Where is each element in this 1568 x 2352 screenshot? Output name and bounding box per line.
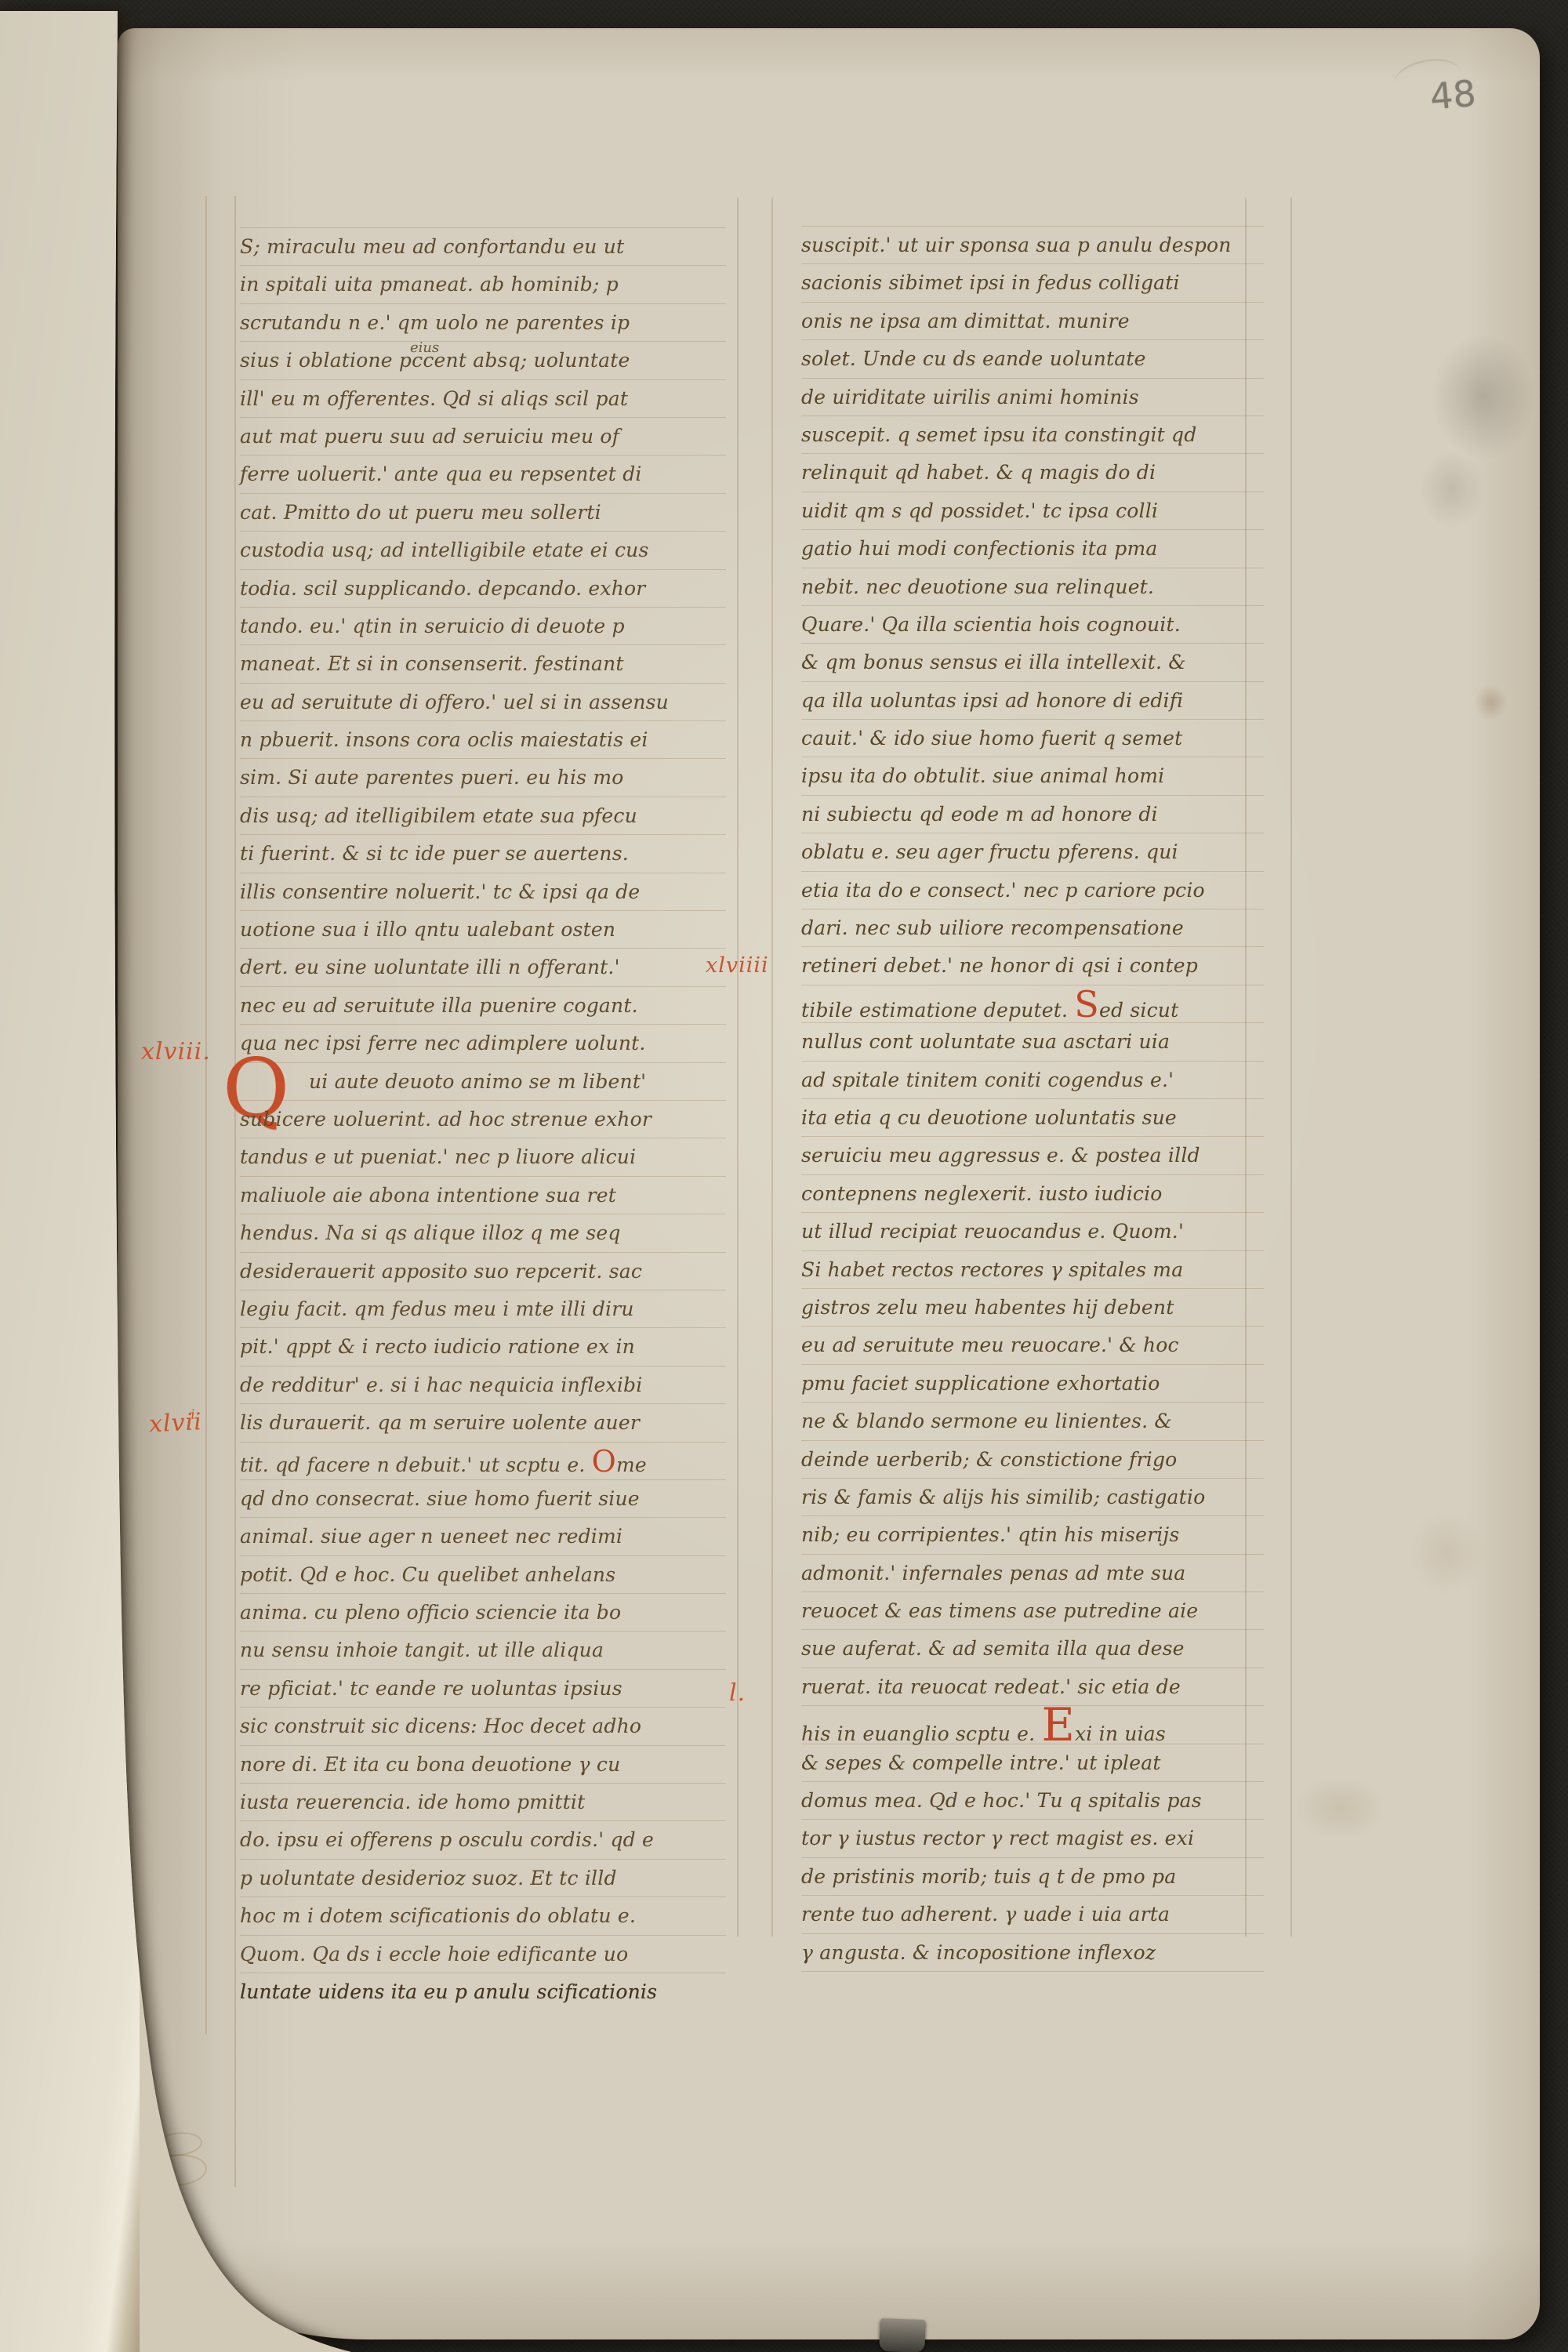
manuscript-line: suscipit.' ut uir sponsa sua p anulu des… <box>801 227 1264 264</box>
ruling-line <box>205 196 207 2034</box>
manuscript-line: ris & famis & alijs his similib; castiga… <box>801 1479 1264 1516</box>
interlinear-gloss: eius <box>410 329 439 367</box>
manuscript-line: solet. Unde cu ds eande uoluntate <box>801 340 1264 378</box>
manuscript-line: subicere uoluerint. ad hoc strenue exhor <box>240 1101 726 1138</box>
folio-number-pencil: 48 <box>1428 72 1478 118</box>
manuscript-line: sim. Si aute parentes pueri. eu his mo <box>240 759 726 797</box>
manuscript-line: cat. Pmitto do ut pueru meu sollerti <box>240 494 726 532</box>
manuscript-line: dert. eu sine uoluntate illi n offerant.… <box>240 949 726 986</box>
manuscript-line: his in euanglio scptu e. Exi in uias <box>801 1706 1264 1744</box>
manuscript-line: eu ad seruitute di offero.' uel si in as… <box>240 684 726 721</box>
manuscript-line: onis ne ipsa am dimittat. munire <box>801 303 1264 340</box>
ruling-line <box>234 196 236 2187</box>
text-column-right: suscipit.' ut uir sponsa sua p anulu des… <box>801 226 1264 1972</box>
manuscript-line: ti fuerint. & si tc ide puer se auertens… <box>240 835 726 873</box>
manuscript-line: cauit.' & ido siue homo fuerit q semet <box>801 720 1264 757</box>
manuscript-line: sius i oblatione pccent absq; uoluntatee… <box>240 342 726 379</box>
manuscript-line: nec eu ad seruitute illa puenire cogant. <box>240 987 726 1025</box>
bookmark-tab <box>879 2318 925 2352</box>
photo-background: 48 S; miraculu meu ad confortandu eu uti… <box>0 0 1568 2352</box>
manuscript-line: tibile estimatione deputet. Sed sicut <box>801 985 1264 1023</box>
manuscript-line: ruerat. ita reuocat redeat.' sic etia de <box>801 1668 1264 1706</box>
manuscript-line: etia ita do e consect.' nec p cariore pc… <box>801 872 1264 909</box>
manuscript-line: uidit qm s qd possidet.' tc ipsa colli <box>801 492 1264 530</box>
manuscript-line: contepnens neglexerit. iusto iudicio <box>801 1175 1264 1213</box>
manuscript-line: luntate uidens ita eu p anulu scificatio… <box>240 1973 726 2010</box>
manuscript-line: ipsu ita do obtulit. siue animal homi <box>801 757 1264 795</box>
manuscript-line: deinde uerberib; & constictione frigo <box>801 1441 1264 1479</box>
manuscript-line: scrutandu n e.' qm uolo ne parentes ip <box>240 304 726 342</box>
pen-trial-mark <box>148 2152 209 2187</box>
manuscript-line: custodia usq; ad intelligibile etate ei … <box>240 532 726 569</box>
chapter-number-xlviiii: xlviiii <box>706 953 769 978</box>
manuscript-line: qa illa uoluntas ipsi ad honore di edifi <box>801 682 1264 720</box>
red-initial-s-icon: S <box>1074 983 1099 1025</box>
manuscript-line: todia. scil supplicando. depcando. exhor <box>240 570 726 608</box>
manuscript-line: iusta reuerencia. ide homo pmittit <box>240 1784 726 1821</box>
manuscript-line: & qm bonus sensus ei illa intellexit. & <box>801 644 1264 681</box>
manuscript-line: rente tuo adherent. γ uade i uia arta <box>801 1896 1264 1933</box>
manuscript-line: nu sensu inhoie tangit. ut ille aliqua <box>240 1632 726 1669</box>
manuscript-line: nebit. nec deuotione sua relinquet. <box>801 568 1264 606</box>
manuscript-line: eu ad seruitute meu reuocare.' & hoc <box>801 1327 1264 1364</box>
manuscript-line: & sepes & compelle intre.' ut ipleat <box>801 1744 1264 1782</box>
manuscript-line: Quare.' Qa illa scientia hois cognouit. <box>801 606 1264 644</box>
manuscript-line: lis durauerit. qa m seruire uolente auer <box>240 1404 726 1442</box>
manuscript-line: reuocet & eas timens ase putredine aie <box>801 1592 1264 1630</box>
manuscript-line: n pbuerit. insons cora oclis maiestatis … <box>240 721 726 759</box>
ruling-line <box>771 198 773 1936</box>
text-column-left: S; miraculu meu ad confortandu eu utin s… <box>240 227 726 2010</box>
manuscript-line: nullus cont uoluntate sua asctari uia <box>801 1023 1264 1061</box>
manuscript-line: sue auferat. & ad semita illa qua dese <box>801 1630 1264 1668</box>
manuscript-line: de pristinis morib; tuis q t de pmo pa <box>801 1858 1264 1896</box>
manuscript-line: relinquit qd habet. & q magis do di <box>801 454 1264 492</box>
manuscript-line: aut mat pueru suu ad seruiciu meu of <box>240 418 726 456</box>
manuscript-line: domus mea. Qd e hoc.' Tu q spitalis pas <box>801 1782 1264 1820</box>
manuscript-line: sacionis sibimet ipsi in fedus colligati <box>801 264 1264 302</box>
manuscript-line: maliuole aie abona intentione sua ret <box>240 1177 726 1214</box>
manuscript-line: nore di. Et ita cu bona deuotione γ cu <box>240 1746 726 1784</box>
manuscript-line: ad spitale tinitem coniti cogendus e.' <box>801 1062 1264 1099</box>
manuscript-line: legiu facit. qm fedus meu i mte illi dir… <box>240 1290 726 1328</box>
manuscript-line: ni subiectu qd eode m ad honore di <box>801 796 1264 833</box>
manuscript-line: seruiciu meu aggressus e. & postea illd <box>801 1137 1264 1174</box>
manuscript-line: oblatu e. seu ager fructu pferens. qui <box>801 833 1264 871</box>
manuscript-page: 48 S; miraculu meu ad confortandu eu uti… <box>118 28 1540 2339</box>
manuscript-line: pmu faciet supplicatione exhortatio <box>801 1365 1264 1403</box>
manuscript-line: tit. qd facere n debuit.' ut scptu e. Om… <box>240 1443 726 1480</box>
manuscript-line: tor γ iustus rector γ rect magist es. ex… <box>801 1820 1264 1857</box>
manuscript-line: ne & blando sermone eu linientes. & <box>801 1403 1264 1440</box>
manuscript-line: gistros zelu meu habentes hij debent <box>801 1289 1264 1327</box>
chapter-number-xlvii: xlviii <box>148 1406 197 1438</box>
manuscript-line: dari. nec sub uiliore recompensatione <box>801 909 1264 947</box>
manuscript-line: admonit.' infernales penas ad mte sua <box>801 1555 1264 1592</box>
manuscript-line: de uiriditate uirilis animi hominis <box>801 379 1264 416</box>
manuscript-line: p uoluntate desiderioz suoz. Et tc illd <box>240 1860 726 1897</box>
manuscript-line: maneat. Et si in consenserit. festinant <box>240 645 726 683</box>
manuscript-line: qd dno consecrat. siue homo fuerit siue <box>240 1480 726 1518</box>
manuscript-line: ill' eu m offerentes. Qd si aliqs scil p… <box>240 380 726 418</box>
manuscript-line: pit.' qppt & i recto iudicio ratione ex … <box>240 1328 726 1366</box>
manuscript-line: ita etia q cu deuotione uoluntatis sue <box>801 1099 1264 1137</box>
manuscript-line: Quom. Qa ds i eccle hoie edificante uo <box>240 1936 726 1973</box>
chapter-number-l: l. <box>729 1679 746 1707</box>
manuscript-line: retineri debet.' ne honor di qsi i conte… <box>801 947 1264 985</box>
manuscript-line: desiderauerit apposito suo repcerit. sac <box>240 1253 726 1290</box>
manuscript-line: do. ipsu ei offerens p osculu cordis.' q… <box>240 1821 726 1859</box>
manuscript-line: S; miraculu meu ad confortandu eu ut <box>240 228 726 266</box>
manuscript-line: de redditur' e. si i hac nequicia inflex… <box>240 1367 726 1404</box>
manuscript-line: animal. siue ager n ueneet nec redimi <box>240 1518 726 1555</box>
manuscript-line: potit. Qd e hoc. Cu quelibet anhelans <box>240 1556 726 1594</box>
manuscript-line: Si habet rectos rectores γ spitales ma <box>801 1251 1264 1289</box>
manuscript-line: dis usq; ad itelligibilem etate sua pfec… <box>240 797 726 835</box>
manuscript-line: tandus e ut pueniat.' nec p liuore alicu… <box>240 1138 726 1176</box>
manuscript-line: sic construit sic dicens: Hoc decet adho <box>240 1708 726 1745</box>
manuscript-line: tando. eu.' qtin in seruicio di deuote p <box>240 608 726 645</box>
manuscript-line: re pficiat.' tc eande re uoluntas ipsius <box>240 1670 726 1708</box>
chapter-number-xlviii: xlviii. <box>141 1038 211 1065</box>
manuscript-line: ut illud recipiat reuocandus e. Quom.' <box>801 1213 1264 1250</box>
manuscript-line: γ angusta. & incopositione inflexoz <box>801 1934 1264 1972</box>
manuscript-line: ferre uoluerit.' ante qua eu repsentet d… <box>240 456 726 493</box>
manuscript-line: hoc m i dotem scificationis do oblatu e. <box>240 1897 726 1935</box>
manuscript-line: hendus. Na si qs alique illoz q me seq <box>240 1214 726 1252</box>
ruling-line <box>737 198 739 1936</box>
ruling-line <box>1290 198 1292 1936</box>
manuscript-line: gatio hui modi confectionis ita pma <box>801 530 1264 568</box>
manuscript-line: illis consentire noluerit.' tc & ipsi qa… <box>240 873 726 911</box>
manuscript-line: qua nec ipsi ferre nec adimplere uolunt. <box>240 1025 726 1062</box>
manuscript-line: nib; eu corripientes.' qtin his miserijs <box>801 1516 1264 1554</box>
manuscript-line: in spitali uita pmaneat. ab hominib; p <box>240 266 726 303</box>
red-initial-o-icon: O <box>592 1444 616 1479</box>
manuscript-line: anima. cu pleno officio sciencie ita bo <box>240 1594 726 1632</box>
manuscript-line: uotione sua i illo qntu ualebant osten <box>240 911 726 949</box>
manuscript-line: Qui aute deuoto animo se m libent' <box>240 1063 726 1101</box>
manuscript-line: suscepit. q semet ipsu ita constingit qd <box>801 416 1264 454</box>
